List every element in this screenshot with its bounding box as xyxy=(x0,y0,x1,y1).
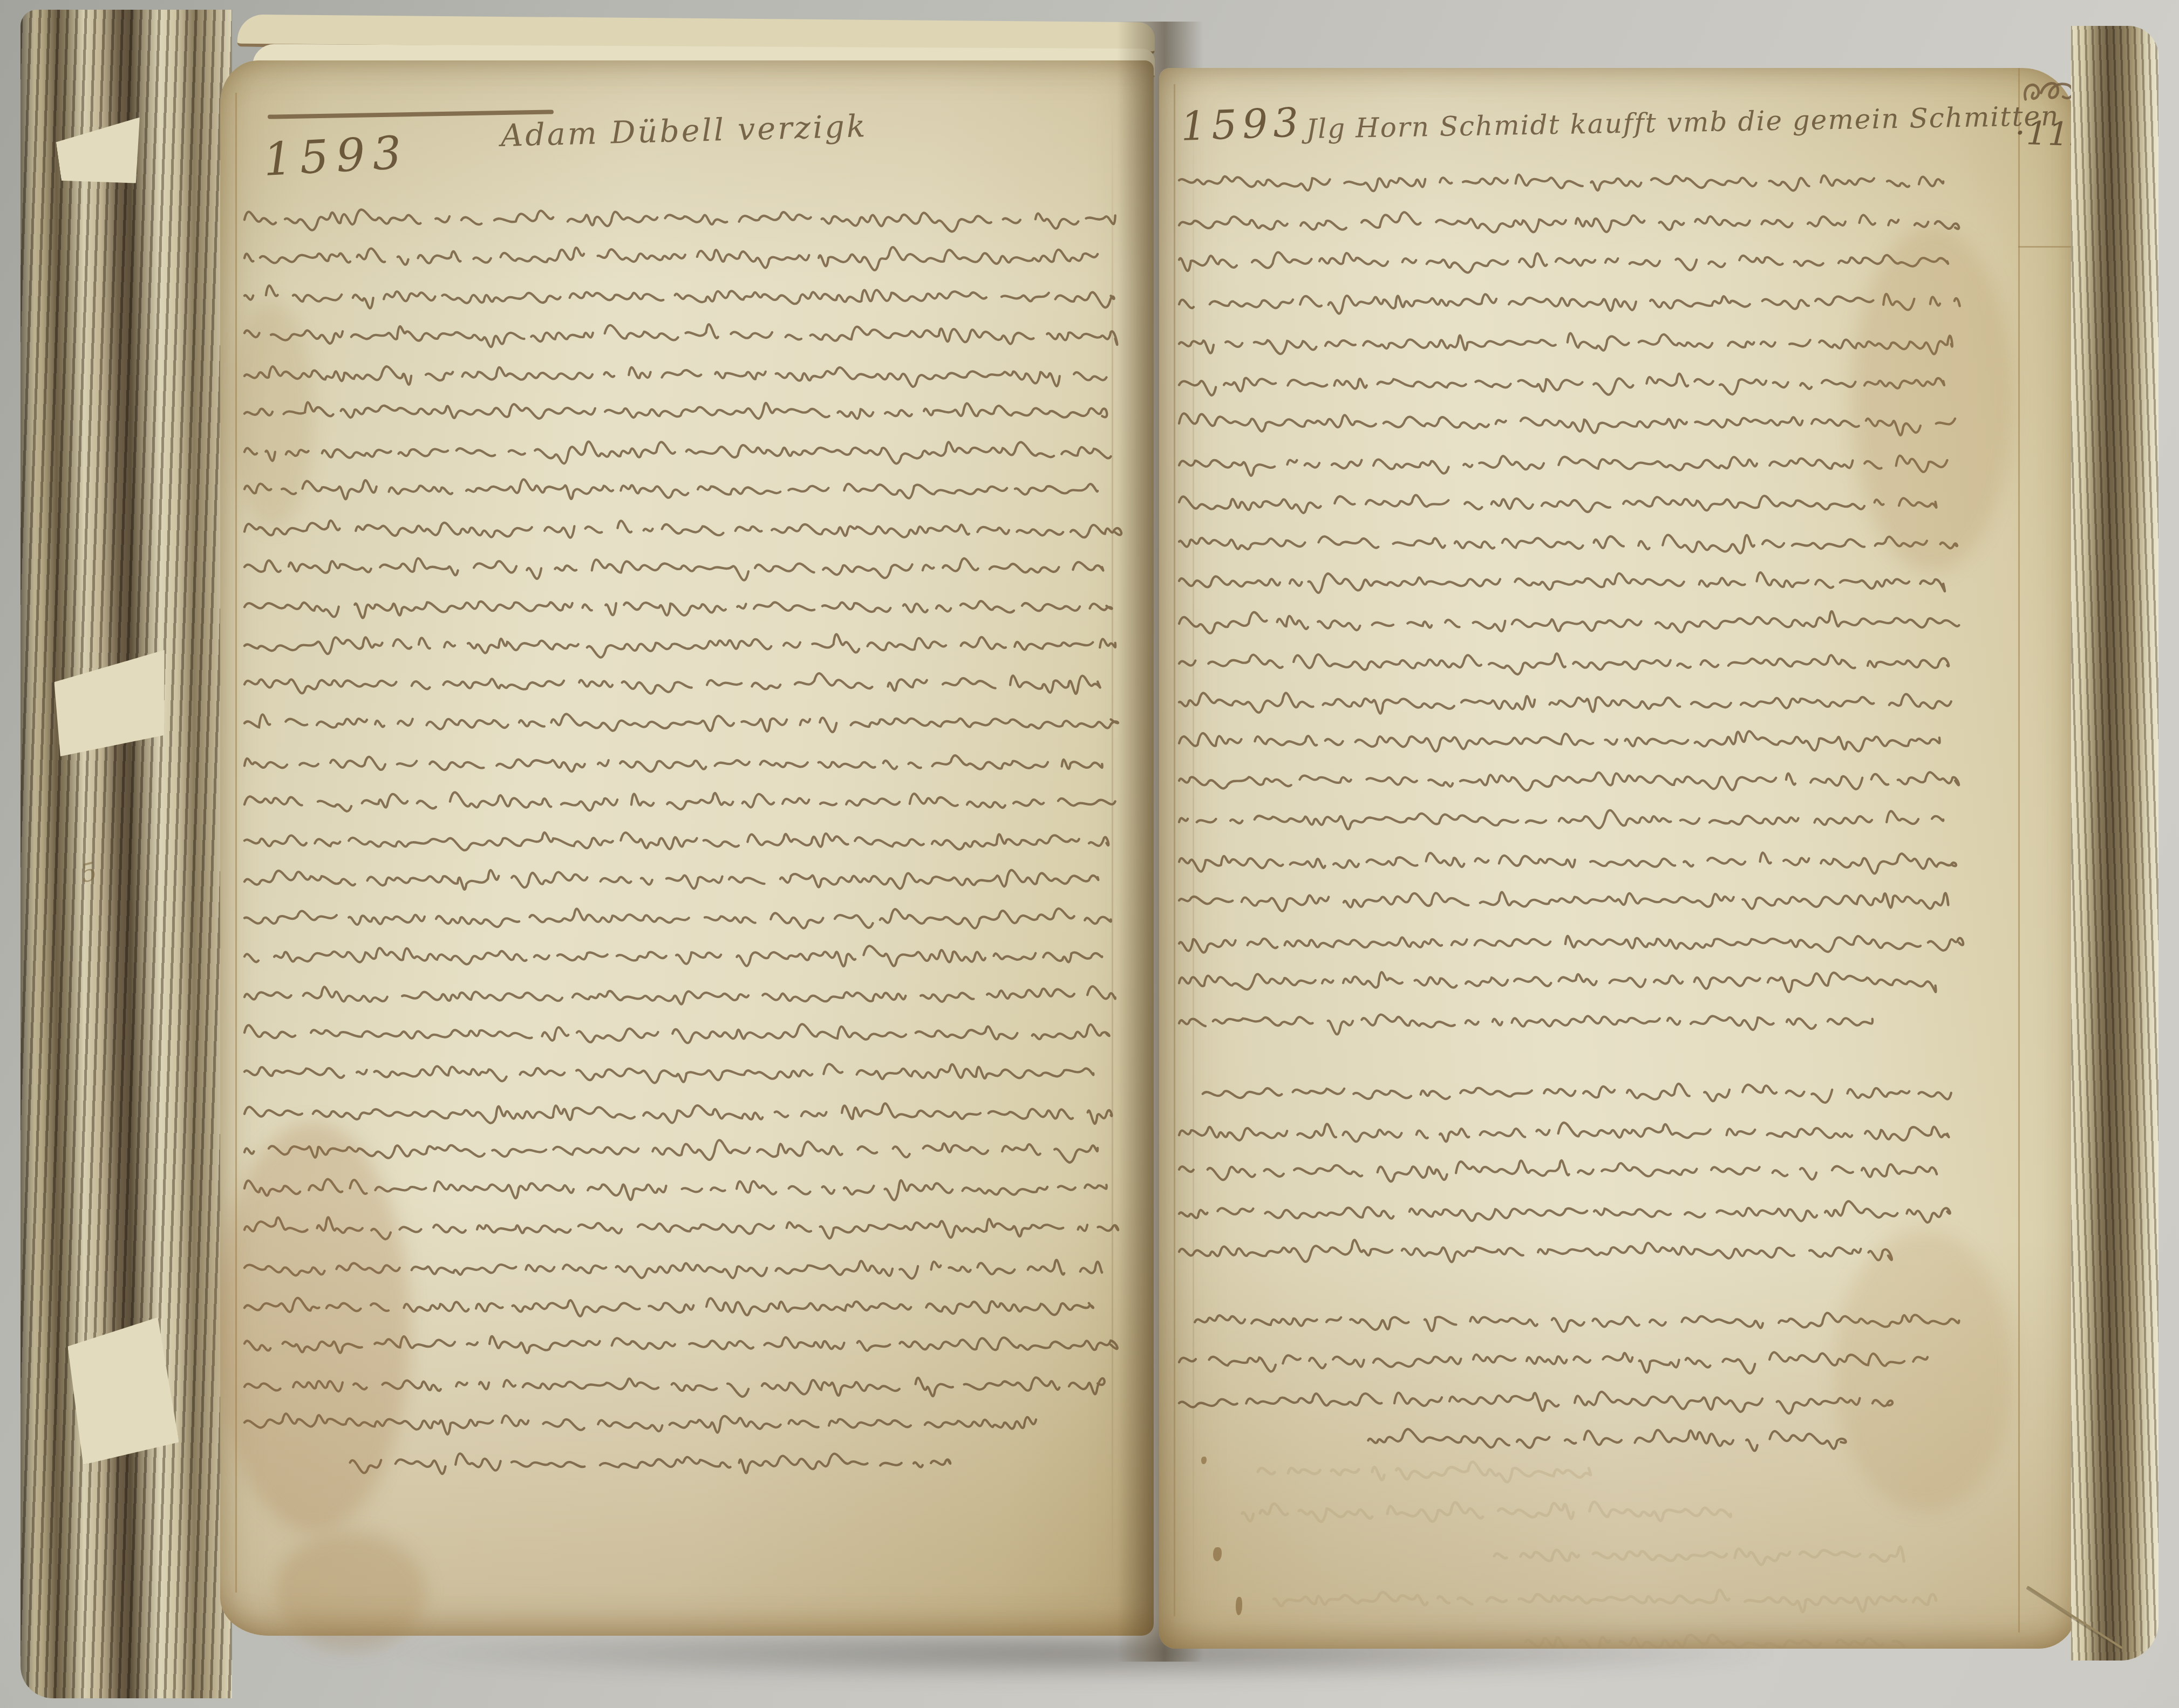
handwriting-line xyxy=(1179,1123,1949,1142)
handwriting-line xyxy=(244,832,1108,850)
handwriting-line xyxy=(1179,731,1940,751)
handwriting-line xyxy=(244,792,1115,811)
handwriting-line xyxy=(1179,852,1956,873)
handwriting-line xyxy=(350,1453,951,1474)
handwriting-line xyxy=(1179,456,1948,476)
torn-page-tab xyxy=(49,643,170,763)
handwriting-line xyxy=(1179,1392,1892,1413)
handwriting-line xyxy=(244,247,1098,270)
handwriting-line xyxy=(244,634,1115,658)
handwriting-line xyxy=(244,366,1106,387)
handwriting-line xyxy=(1179,936,1963,953)
handwriting-line xyxy=(244,714,1118,732)
water-stain xyxy=(275,1532,426,1651)
handwriting-line xyxy=(1179,333,1952,354)
handwriting-line xyxy=(1179,495,1936,513)
handwriting-line xyxy=(1179,175,1943,191)
water-stain xyxy=(216,1122,410,1532)
handwriting-line xyxy=(1179,294,1960,313)
handwriting-line xyxy=(1179,374,1944,395)
photograph-of-open-manuscript-book: 5 1593 Adam Dübell verzigk 1593 Jlg Horn… xyxy=(0,0,2179,1708)
right-fore-edge-page-stack xyxy=(2071,26,2158,1661)
handwriting-line xyxy=(244,442,1111,464)
handwriting-line xyxy=(244,946,1102,966)
handwriting-line xyxy=(1179,1240,1892,1262)
water-stain xyxy=(1851,227,2013,572)
handwriting-line xyxy=(1179,653,1949,674)
handwriting-line xyxy=(244,870,1098,890)
handwriting-line xyxy=(244,673,1100,694)
handwriting-line xyxy=(1179,535,1957,554)
left-fore-edge-page-stack xyxy=(21,10,232,1698)
torn-page-tab xyxy=(66,1316,180,1465)
handwriting-line xyxy=(244,480,1098,500)
handwriting-line xyxy=(1179,611,1959,633)
handwriting-line xyxy=(244,755,1102,771)
handwriting-line xyxy=(1203,1084,1951,1103)
bleedthrough-line xyxy=(1494,1547,1904,1564)
water-stain xyxy=(232,302,313,529)
handwriting-line xyxy=(244,210,1115,232)
handwriting-line xyxy=(1179,1015,1872,1035)
handwriting-line xyxy=(244,1103,1112,1124)
handwriting-line xyxy=(244,908,1111,928)
water-stain xyxy=(1835,1230,2013,1511)
handwriting-line xyxy=(244,986,1115,1004)
handwriting-line xyxy=(1179,1160,1937,1181)
handwriting-line xyxy=(244,601,1112,618)
handwriting-line xyxy=(244,324,1117,347)
handwriting-line xyxy=(1179,772,1959,790)
handwriting-line xyxy=(244,558,1103,580)
handwriting-line xyxy=(244,521,1121,538)
handwriting-line xyxy=(1179,693,1951,713)
handwriting-line xyxy=(1179,413,1955,435)
handwriting-line xyxy=(1179,212,1959,232)
handwriting-line xyxy=(1179,1201,1950,1223)
handwriting-line xyxy=(1179,972,1936,992)
handwriting-line xyxy=(244,286,1114,309)
bleedthrough-line xyxy=(1274,1590,1936,1612)
bleedthrough-line xyxy=(1526,1635,1904,1649)
bleedthrough-line xyxy=(1258,1462,1591,1482)
handwriting-line xyxy=(244,1064,1093,1083)
handwriting-line xyxy=(1179,252,1948,273)
torn-page-tab xyxy=(54,117,148,193)
bleedthrough-line xyxy=(1242,1502,1731,1521)
handwriting-line xyxy=(1179,810,1943,829)
handwriting-line xyxy=(244,1140,1098,1162)
handwriting-line xyxy=(1179,1352,1928,1374)
handwriting-line xyxy=(1179,572,1945,593)
handwriting-line xyxy=(244,402,1107,419)
handwriting-line xyxy=(244,1024,1109,1043)
handwriting-line xyxy=(1179,892,1948,911)
handwriting-line xyxy=(1368,1429,1846,1451)
